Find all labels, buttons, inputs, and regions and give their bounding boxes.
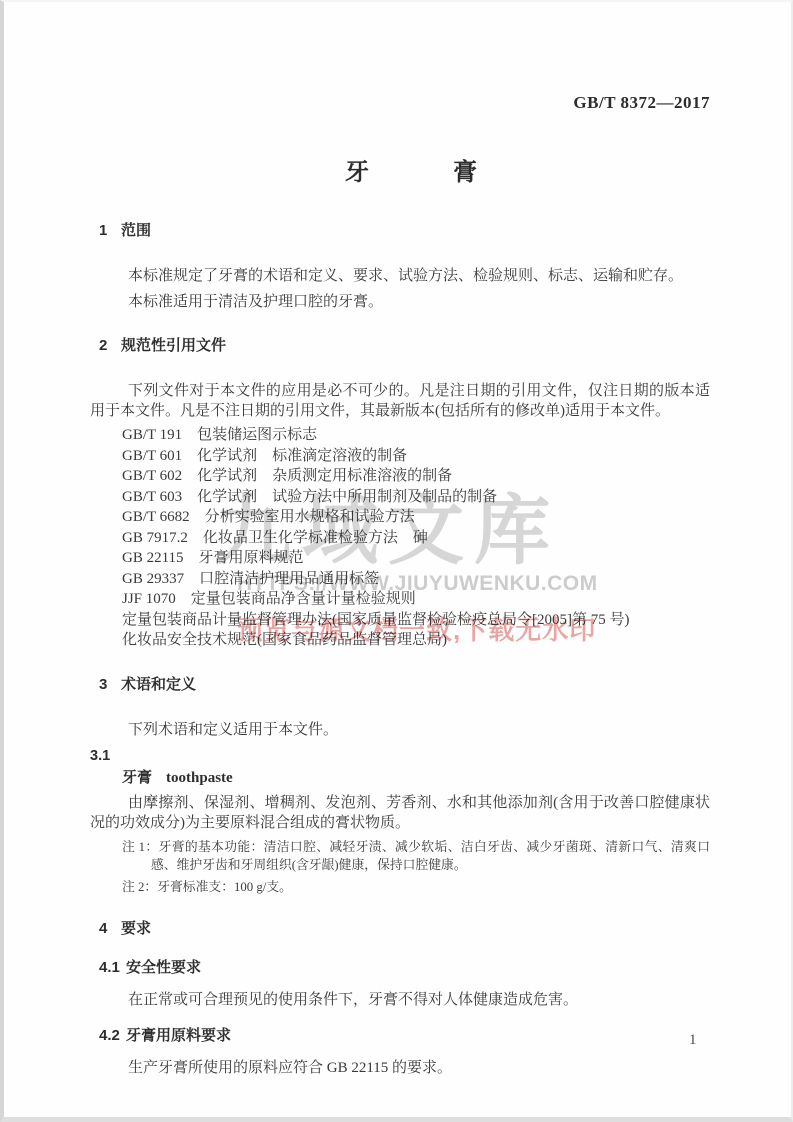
reference-item: GB/T 602 化学试剂 杂质测定用标准溶液的制备 (90, 466, 710, 487)
section-3-number: 3 (99, 677, 121, 693)
standard-code: GB/T 8372—2017 (90, 94, 710, 112)
term-zh: 牙膏 (122, 769, 152, 786)
term-definition: 由摩擦剂、保湿剂、增稠剂、发泡剂、芳香剂、水和其他添加剂(含用于改善口腔健康状况… (90, 793, 710, 833)
term-entry: 牙膏toothpaste (90, 769, 710, 787)
reference-item: GB/T 601 化学试剂 标准滴定溶液的制备 (90, 446, 710, 467)
reference-item: GB 22115 牙膏用原料规范 (90, 548, 710, 569)
section-1-number: 1 (99, 223, 121, 239)
term-number: 3.1 (90, 748, 710, 764)
reference-list: GB/T 191 包装储运图示标志 GB/T 601 化学试剂 标准滴定溶液的制… (90, 425, 710, 651)
reference-item: 化妆品安全技术规范(国家食品药品监督管理总局) (90, 630, 710, 651)
references-intro: 下列文件对于本文件的应用是必不可少的。凡是注日期的引用文件，仅注日期的版本适用于… (90, 381, 710, 421)
raw-material-requirement-text: 生产牙膏所使用的原料应符合 GB 22115 的要求。 (90, 1058, 710, 1078)
note-1-text: 牙膏的基本功能：清洁口腔、减轻牙渍、减少软垢、洁白牙齿、减少牙菌斑、清新口气、清… (151, 840, 710, 873)
scope-paragraph-2: 本标准适用于清洁及护理口腔的牙膏。 (90, 292, 710, 312)
section-2-heading: 2规范性引用文件 (90, 338, 710, 354)
section-4-title: 要求 (121, 920, 151, 937)
reference-item: GB 7917.2 化妆品卫生化学标准检验方法 砷 (90, 528, 710, 549)
note-1: 注 1：牙膏的基本功能：清洁口腔、减轻牙渍、减少软垢、洁白牙齿、减少牙菌斑、清新… (90, 838, 710, 875)
safety-requirement-text: 在正常或可合理预见的使用条件下，牙膏不得对人体健康造成危害。 (90, 990, 710, 1010)
reference-item: GB 29337 口腔清洁护理用品通用标签 (90, 569, 710, 590)
section-4-2-heading: 4.2牙膏用原料要求 (90, 1028, 710, 1044)
section-4-1-title: 安全性要求 (126, 959, 201, 976)
section-4-2-number: 4.2 (99, 1028, 126, 1044)
section-4-number: 4 (99, 921, 121, 937)
section-3-title: 术语和定义 (121, 676, 196, 693)
title-char-left: 牙 (345, 159, 369, 186)
section-4-2-title: 牙膏用原料要求 (126, 1027, 231, 1044)
section-1-title: 范围 (121, 222, 151, 239)
reference-item: 定量包装商品计量监督管理办法(国家质量监督检验检疫总局令[2005]第 75 号… (90, 610, 710, 631)
title-char-right: 膏 (453, 159, 477, 186)
section-2-number: 2 (99, 338, 121, 354)
reference-item: GB/T 191 包装储运图示标志 (90, 425, 710, 446)
section-4-heading: 4要求 (90, 921, 710, 937)
section-2-title: 规范性引用文件 (121, 337, 226, 354)
note-2-label: 注 2： (122, 880, 157, 894)
scope-paragraph-1: 本标准规定了牙膏的术语和定义、要求、试验方法、检验规则、标志、运输和贮存。 (90, 266, 710, 286)
note-1-label: 注 1： (122, 840, 159, 854)
section-4-1-number: 4.1 (99, 960, 126, 976)
reference-item: GB/T 6682 分析实验室用水规格和试验方法 (90, 507, 710, 528)
section-1-heading: 1范围 (90, 223, 710, 239)
section-4-1-heading: 4.1安全性要求 (90, 960, 710, 976)
note-2: 注 2：牙膏标准支：100 g/支。 (90, 878, 710, 897)
page-number: 1 (689, 1032, 697, 1049)
document-page: 九域文库 HTTPS://WWW.JIUYUWENKU.COM 预览与源文档一致… (0, 0, 793, 1122)
document-content: GB/T 8372—2017 牙膏 1范围 本标准规定了牙膏的术语和定义、要求、… (90, 2, 710, 1078)
section-3-heading: 3术语和定义 (90, 677, 710, 693)
reference-item: JJF 1070 定量包装商品净含量计量检验规则 (90, 589, 710, 610)
reference-item: GB/T 603 化学试剂 试验方法中所用制剂及制品的制备 (90, 487, 710, 508)
terms-intro: 下列术语和定义适用于本文件。 (90, 720, 710, 740)
term-en: toothpaste (166, 770, 233, 786)
note-2-text: 牙膏标准支：100 g/支。 (157, 880, 292, 894)
document-title: 牙膏 (101, 160, 721, 186)
